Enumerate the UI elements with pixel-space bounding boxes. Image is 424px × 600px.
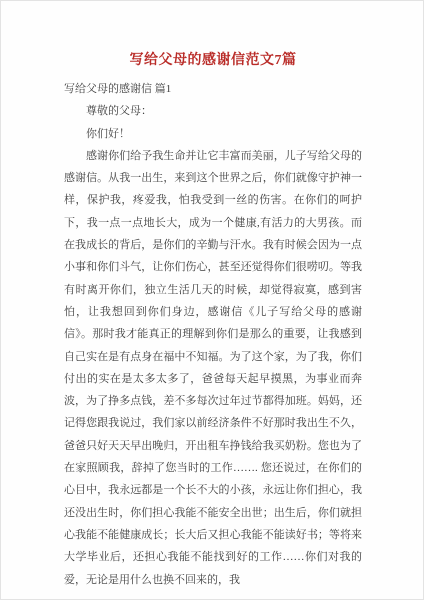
- section-heading: 写给父母的感谢信 篇1: [64, 78, 362, 100]
- letter-body-paragraph: 感谢你们给予我生命并让它丰富而美丽，儿子写给父母的感谢信。从我一出生，来到这个世…: [64, 145, 362, 591]
- letter-salutation: 尊敬的父母：: [64, 100, 362, 122]
- letter-greeting: 你们好！: [64, 123, 362, 145]
- document-page: 写给父母的感谢信范文7篇 写给父母的感谢信 篇1 尊敬的父母： 你们好！ 感谢你…: [0, 0, 424, 600]
- page-title: 写给父母的感谢信范文7篇: [64, 52, 362, 70]
